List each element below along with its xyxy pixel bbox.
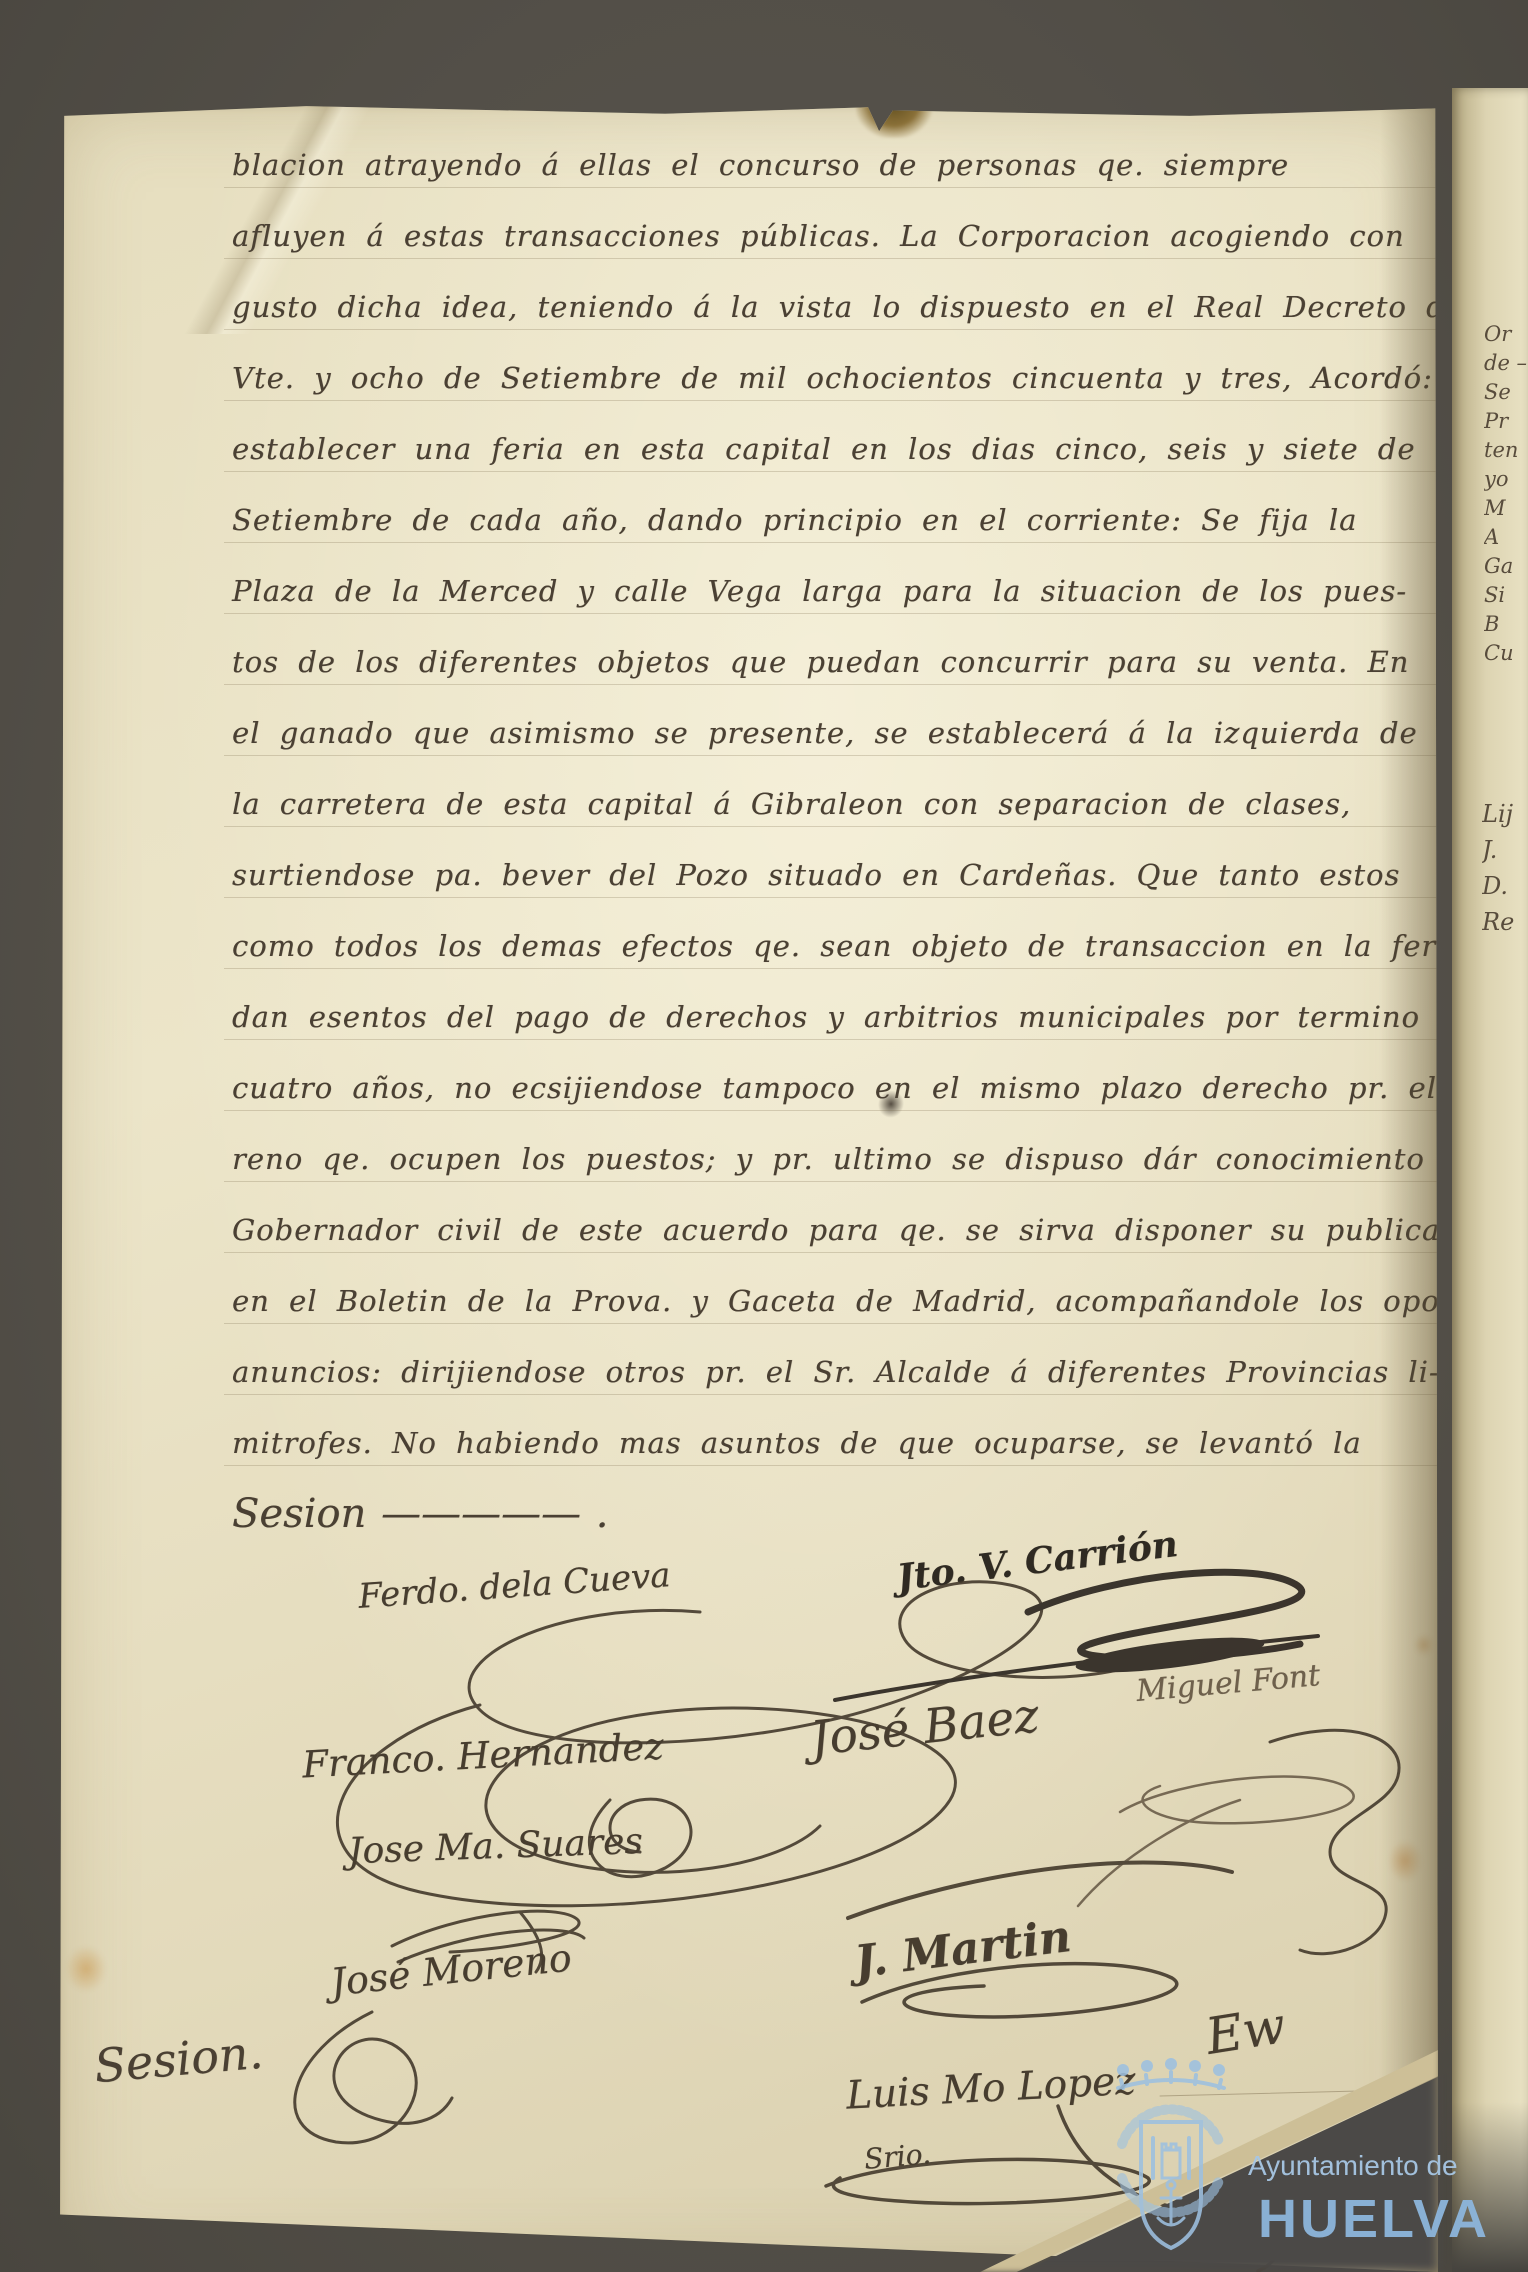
text-fragment: de – (1484, 349, 1528, 378)
signature-jose-maria-suares: Jose Ma. Suares (347, 1821, 643, 1872)
text-fragment: Lij (1482, 796, 1528, 832)
signature-francisco-hernandez: Franco. Hernandez (301, 1725, 665, 1787)
manuscript-line: establecer una feria en esta capital en … (232, 414, 1422, 485)
text-fragment: Ga (1484, 552, 1528, 581)
signature-jose-baez: José Baez (808, 1688, 1042, 1767)
text-fragment: ten (1484, 436, 1528, 465)
manuscript-line: como todos los demas efectos qe. sean ob… (232, 911, 1422, 982)
text-fragment: B (1484, 610, 1528, 639)
initials-flourish: Ew (1202, 1996, 1289, 2066)
text-fragment: A (1484, 523, 1528, 552)
next-page-text-fragments: Orde –SePrtenyoMAGaSiBCu (1484, 320, 1528, 668)
manuscript-line: mitrofes. No habiendo mas asuntos de que… (232, 1408, 1422, 1479)
manuscript-text-block: blacion atrayendo á ellas el concurso de… (232, 130, 1422, 1550)
manuscript-line: la carretera de esta capital á Gibraleon… (232, 769, 1422, 840)
manuscript-line: gusto dicha idea, teniendo á la vista lo… (232, 272, 1422, 343)
manuscript-line: Vte. y ocho de Setiembre de mil ochocien… (232, 343, 1422, 414)
signature-j-martin: J. Martin (852, 1911, 1074, 1988)
margin-note: Sesion. (92, 2025, 265, 2094)
manuscript-line: blacion atrayendo á ellas el concurso de… (232, 130, 1422, 201)
manuscript-line: Plaza de la Merced y calle Vega larga pa… (232, 556, 1422, 627)
signature-miguel-font: Miguel Font (1135, 1658, 1322, 1709)
manuscript-line: afluyen á estas transacciones públicas. … (232, 201, 1422, 272)
signature-luis-m-lopez: Luis Mo Lopez (845, 2058, 1137, 2118)
text-fragment: Se (1484, 378, 1528, 407)
text-fragment: Pr (1484, 407, 1528, 436)
foxing-spot (66, 1946, 106, 1992)
scanned-manuscript: Orde –SePrtenyoMAGaSiBCu LijJ.D.Re blaci… (0, 0, 1528, 2272)
text-fragment: J. (1482, 832, 1528, 868)
signature-fernando-de-la-cueva: Ferdo. dela Cueva (357, 1555, 672, 1617)
text-fragment: Si (1484, 581, 1528, 610)
manuscript-line: Setiembre de cada año, dando principio e… (232, 485, 1422, 556)
manuscript-line: reno qe. ocupen los puestos; y pr. ultim… (232, 1124, 1422, 1195)
signature-jose-moreno: José Moreno (328, 1935, 573, 2004)
manuscript-line: surtiendose pa. bever del Pozo situado e… (232, 840, 1422, 911)
text-fragment: Or (1484, 320, 1528, 349)
foxing-spot (1414, 1634, 1434, 1656)
text-fragment: M (1484, 494, 1528, 523)
next-page-text-fragments-lower: LijJ.D.Re (1482, 796, 1528, 940)
manuscript-line: tos de los diferentes objetos que puedan… (232, 627, 1422, 698)
manuscript-line: Sesion ————— . (232, 1479, 1422, 1550)
foxing-spot (1388, 1840, 1422, 1882)
text-fragment: Cu (1484, 639, 1528, 668)
text-fragment: D. (1482, 868, 1528, 904)
manuscript-page: blacion atrayendo á ellas el concurso de… (58, 104, 1438, 2272)
manuscript-line: cuatro años, no ecsijiendose tampoco en … (232, 1053, 1422, 1124)
secretary-abbreviation: Srio. (863, 2137, 932, 2176)
manuscript-line: Gobernador civil de este acuerdo para qe… (232, 1195, 1422, 1266)
manuscript-line: el ganado que asimismo se presente, se e… (232, 698, 1422, 769)
text-fragment: Re (1482, 904, 1528, 940)
manuscript-line: en el Boletin de la Prova. y Gaceta de M… (232, 1266, 1422, 1337)
manuscript-line: anuncios: dirijiendose otros pr. el Sr. … (232, 1337, 1422, 1408)
text-fragment: yo (1484, 465, 1528, 494)
next-page-edge: Orde –SePrtenyoMAGaSiBCu LijJ.D.Re (1452, 88, 1528, 2272)
manuscript-line: dan esentos del pago de derechos y arbit… (232, 982, 1422, 1053)
